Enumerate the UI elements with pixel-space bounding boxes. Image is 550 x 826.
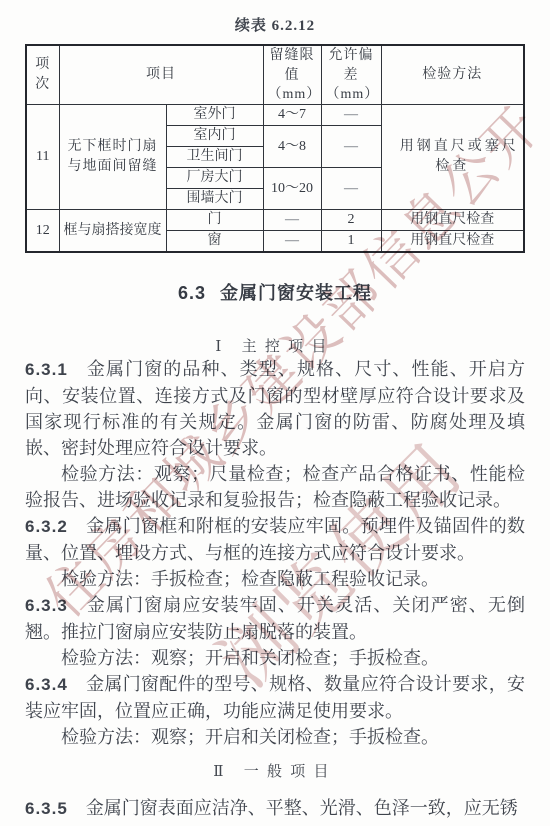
cell-r11-sub23-dev: — [321, 126, 381, 168]
document-page: 住房和城乡建设部信息公开 浏览使用 续表 6.2.12 项次 项目 留缝限值（m… [0, 0, 550, 826]
clause-number: 6.3.1 [25, 360, 68, 379]
header-method: 检验方法 [381, 45, 524, 105]
clause-6-3-5: 6.3.5金属门窗表面应洁净、平整、光滑、色泽一致，应无锈 [25, 795, 525, 822]
cell-r12-sub1-name: 门 [166, 210, 263, 231]
cell-r11-sub1-gap: 4～7 [263, 105, 321, 126]
body-content: 6.3金属门窗安装工程 Ⅰ 主控项目 6.3.1金属门窗的品种、类型、规格、尺寸… [0, 279, 550, 822]
method-6-3-3: 检验方法：观察；开启和关闭检查；手扳检查。 [25, 645, 525, 671]
header-dev-unit: （mm） [326, 86, 377, 104]
clause-6-3-2: 6.3.2金属门窗框和附框的安装应牢固。预埋件及锚固件的数量、位置、埋设方式、与… [25, 513, 525, 566]
clause-number: 6.3.5 [25, 799, 68, 818]
cell-r12-sub2-method: 用钢直尺检查 [381, 231, 524, 253]
clause-text: 金属门窗的品种、类型、规格、尺寸、性能、开启方向、安装位置、连接方式及门窗的型材… [25, 359, 525, 458]
cell-r12-sub2-dev: 1 [321, 231, 381, 253]
cell-r11-sub1-name: 室外门 [166, 105, 263, 126]
cell-r12-sub2-name: 窗 [166, 231, 263, 253]
table-caption: 续表 6.2.12 [0, 14, 550, 35]
header-gap: 留缝限值（mm） [263, 45, 321, 105]
method-6-3-2: 检验方法：手扳检查；检查隐蔽工程验收记录。 [25, 566, 525, 592]
cell-r11-sub23-gap: 4～8 [263, 126, 321, 168]
clause-text: 金属门窗表面应洁净、平整、光滑、色泽一致，应无锈 [86, 798, 518, 818]
cell-r11-sub45-gap: 10～20 [263, 168, 321, 210]
cell-r12-sub1-gap: — [263, 210, 321, 231]
cell-r11-sub5-name: 围墙大门 [166, 189, 263, 210]
cell-r11-sub4-name: 厂房大门 [166, 168, 263, 189]
clause-6-3-1: 6.3.1金属门窗的品种、类型、规格、尺寸、性能、开启方向、安装位置、连接方式及… [25, 356, 525, 461]
method-6-3-4: 检验方法：观察；开启和关闭检查；手扳检查。 [25, 724, 525, 750]
section-title: 金属门窗安装工程 [220, 283, 372, 303]
cell-r11-index: 11 [26, 105, 59, 210]
clause-text: 金属门窗配件的型号、规格、数量应符合设计要求，安装应牢固，位置应正确，功能应满足… [25, 674, 525, 721]
table-row: 12 框与扇搭接宽度 门 — 2 用钢直尺检查 [26, 210, 524, 231]
cell-r12-item: 框与扇搭接宽度 [59, 210, 166, 253]
clause-6-3-3: 6.3.3金属门窗扇应安装牢固、开关灵活、关闭严密、无倒翘。推拉门窗扇应安装防止… [25, 592, 525, 645]
table-row: 11 无下框时门扇与地面间留缝 室外门 4～7 — 用钢直尺或塞尺检查 [26, 105, 524, 126]
cell-r11-sub2-name: 室内门 [166, 126, 263, 147]
clause-number: 6.3.3 [25, 596, 68, 615]
cell-r12-sub1-method: 用钢直尺检查 [381, 210, 524, 231]
header-item: 项目 [59, 45, 263, 105]
header-gap-unit: （mm） [268, 86, 317, 104]
part2-heading: Ⅱ 一般项目 [25, 760, 525, 781]
clause-number: 6.3.4 [25, 675, 68, 694]
cell-r12-index: 12 [26, 210, 59, 253]
cell-r12-sub1-dev: 2 [321, 210, 381, 231]
cell-r11-sub45-dev: — [321, 168, 381, 210]
part1-heading: Ⅰ 主控项目 [25, 335, 525, 356]
table-header-row: 项次 项目 留缝限值（mm） 允许偏差（mm） 检验方法 [26, 45, 524, 105]
cell-r11-method: 用钢直尺或塞尺检查 [381, 105, 524, 210]
cell-r12-sub2-gap: — [263, 231, 321, 253]
method-6-3-1: 检验方法：观察；尺量检查；检查产品合格证书、性能检验报告、进场验收记录和复验报告… [25, 461, 525, 513]
clause-text: 金属门窗框和附框的安装应牢固。预埋件及锚固件的数量、位置、埋设方式、与框的连接方… [25, 516, 525, 563]
spacer [25, 781, 525, 795]
header-dev-title: 允许偏差 [329, 48, 374, 83]
spec-table: 项次 项目 留缝限值（mm） 允许偏差（mm） 检验方法 11 无下框时门扇与地… [25, 44, 525, 253]
cell-r11-item: 无下框时门扇与地面间留缝 [59, 105, 166, 210]
clause-text: 金属门窗扇应安装牢固、开关灵活、关闭严密、无倒翘。推拉门窗扇应安装防止扇脱落的装… [25, 595, 525, 642]
cell-r11-sub3-name: 卫生间门 [166, 147, 263, 168]
clause-6-3-4: 6.3.4金属门窗配件的型号、规格、数量应符合设计要求，安装应牢固，位置应正确，… [25, 671, 525, 724]
section-number: 6.3 [178, 283, 206, 303]
cell-r11-sub1-dev: — [321, 105, 381, 126]
header-gap-title: 留缝限值 [270, 48, 315, 83]
header-dev: 允许偏差（mm） [321, 45, 381, 105]
header-index: 项次 [26, 45, 59, 105]
section-heading: 6.3金属门窗安装工程 [25, 279, 525, 305]
clause-number: 6.3.2 [25, 517, 68, 536]
